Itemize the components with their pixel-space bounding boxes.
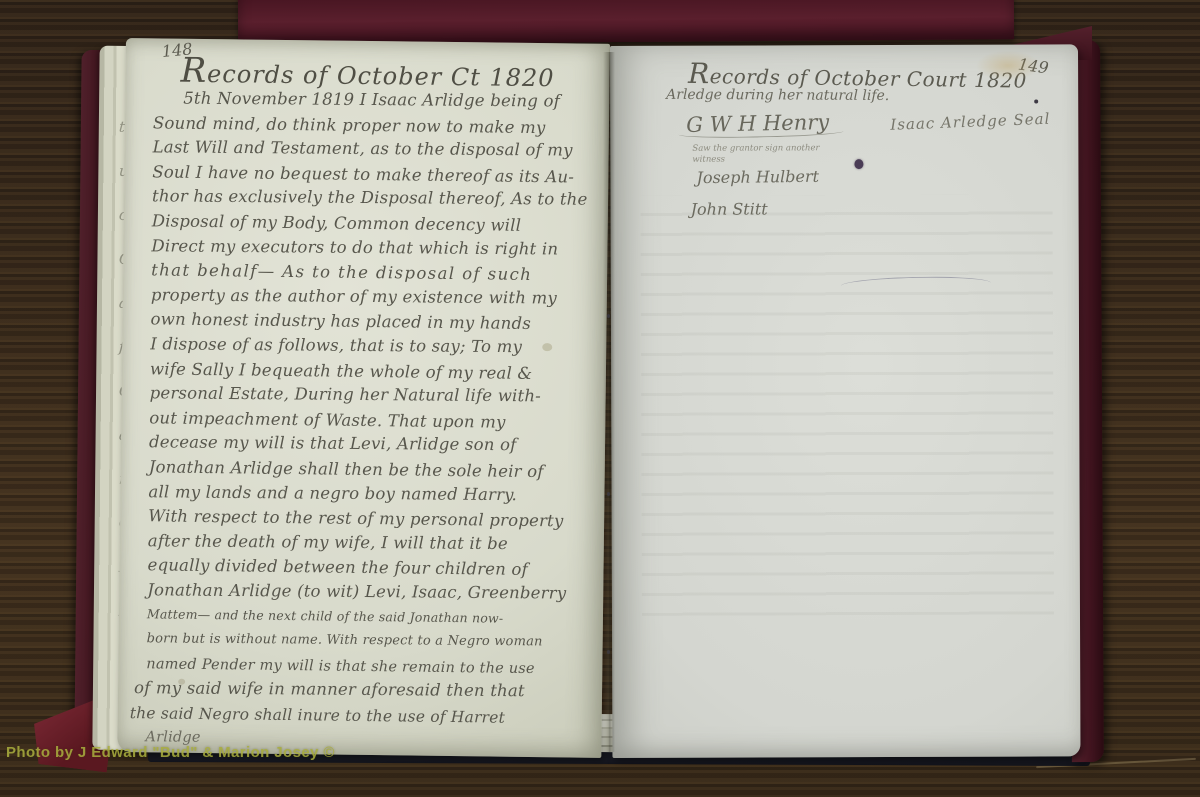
- right-page: Records of October Court 1820 149 Arledg…: [610, 44, 1080, 758]
- handwritten-line: all my lands and a negro boy named Harry…: [148, 480, 584, 508]
- tan-stain: [976, 50, 1040, 80]
- foxing-spot: [178, 679, 185, 685]
- continuation-line: Arledge during her natural life.: [666, 87, 889, 104]
- witness-signature-1: G W H Henry: [686, 110, 829, 137]
- handwritten-line: Direct my executors to do that which is …: [151, 234, 587, 262]
- left-page: 148 Records of October Ct 1820 5th Novem…: [117, 38, 610, 758]
- binding-stitch: [607, 650, 610, 654]
- handwritten-line: I dispose of as follows, that is to say;…: [150, 332, 586, 360]
- handwritten-line: personal Estate, During her Natural life…: [150, 381, 586, 409]
- witness-note: Saw the grantor sign another witness: [692, 143, 872, 166]
- ink-dot: [1034, 100, 1038, 104]
- left-page-handwritten-text: 5th November 1819 I Isaac Arlidge being …: [145, 86, 589, 755]
- handwritten-line: born but is without name. With respect t…: [147, 627, 583, 655]
- ink-blot: [854, 159, 863, 169]
- handwritten-line: property as the author of my existence w…: [151, 283, 587, 311]
- witness-note-line-1: Saw the grantor sign another: [692, 143, 872, 155]
- foxing-spot: [542, 343, 552, 351]
- handwritten-line: of my said wife in manner aforesaid then…: [134, 676, 582, 704]
- binding-stitch: [607, 492, 610, 496]
- ink-bleedthrough: [641, 194, 1054, 615]
- witness-signature-2: Joseph Hulbert: [696, 167, 819, 187]
- handwritten-line: decease my will is that Levi, Arlidge so…: [149, 431, 585, 459]
- handwritten-line: thor has exclusively the Disposal thereo…: [152, 185, 588, 213]
- witness-note-line-2: witness: [692, 154, 872, 166]
- book-gutter-seam: [603, 52, 615, 752]
- witness-signature-3: John Stitt: [691, 199, 768, 218]
- handwritten-line: after the death of my wife, I will that …: [148, 529, 584, 557]
- handwritten-line: Last Will and Testament, as to the dispo…: [153, 136, 589, 164]
- handwritten-line: 5th November 1819 I Isaac Arlidge being …: [153, 86, 589, 114]
- photo-credit-watermark: Photo by J Edward "Bud" & Marion Josey ©: [6, 744, 335, 761]
- crimson-book-behind: [238, 0, 1014, 45]
- handwritten-line: Jonathan Arlidge (to wit) Levi, Isaac, G…: [147, 578, 583, 606]
- binding-stitch: [607, 314, 610, 318]
- testator-signature: Isaac Arledge Seal: [890, 110, 1051, 134]
